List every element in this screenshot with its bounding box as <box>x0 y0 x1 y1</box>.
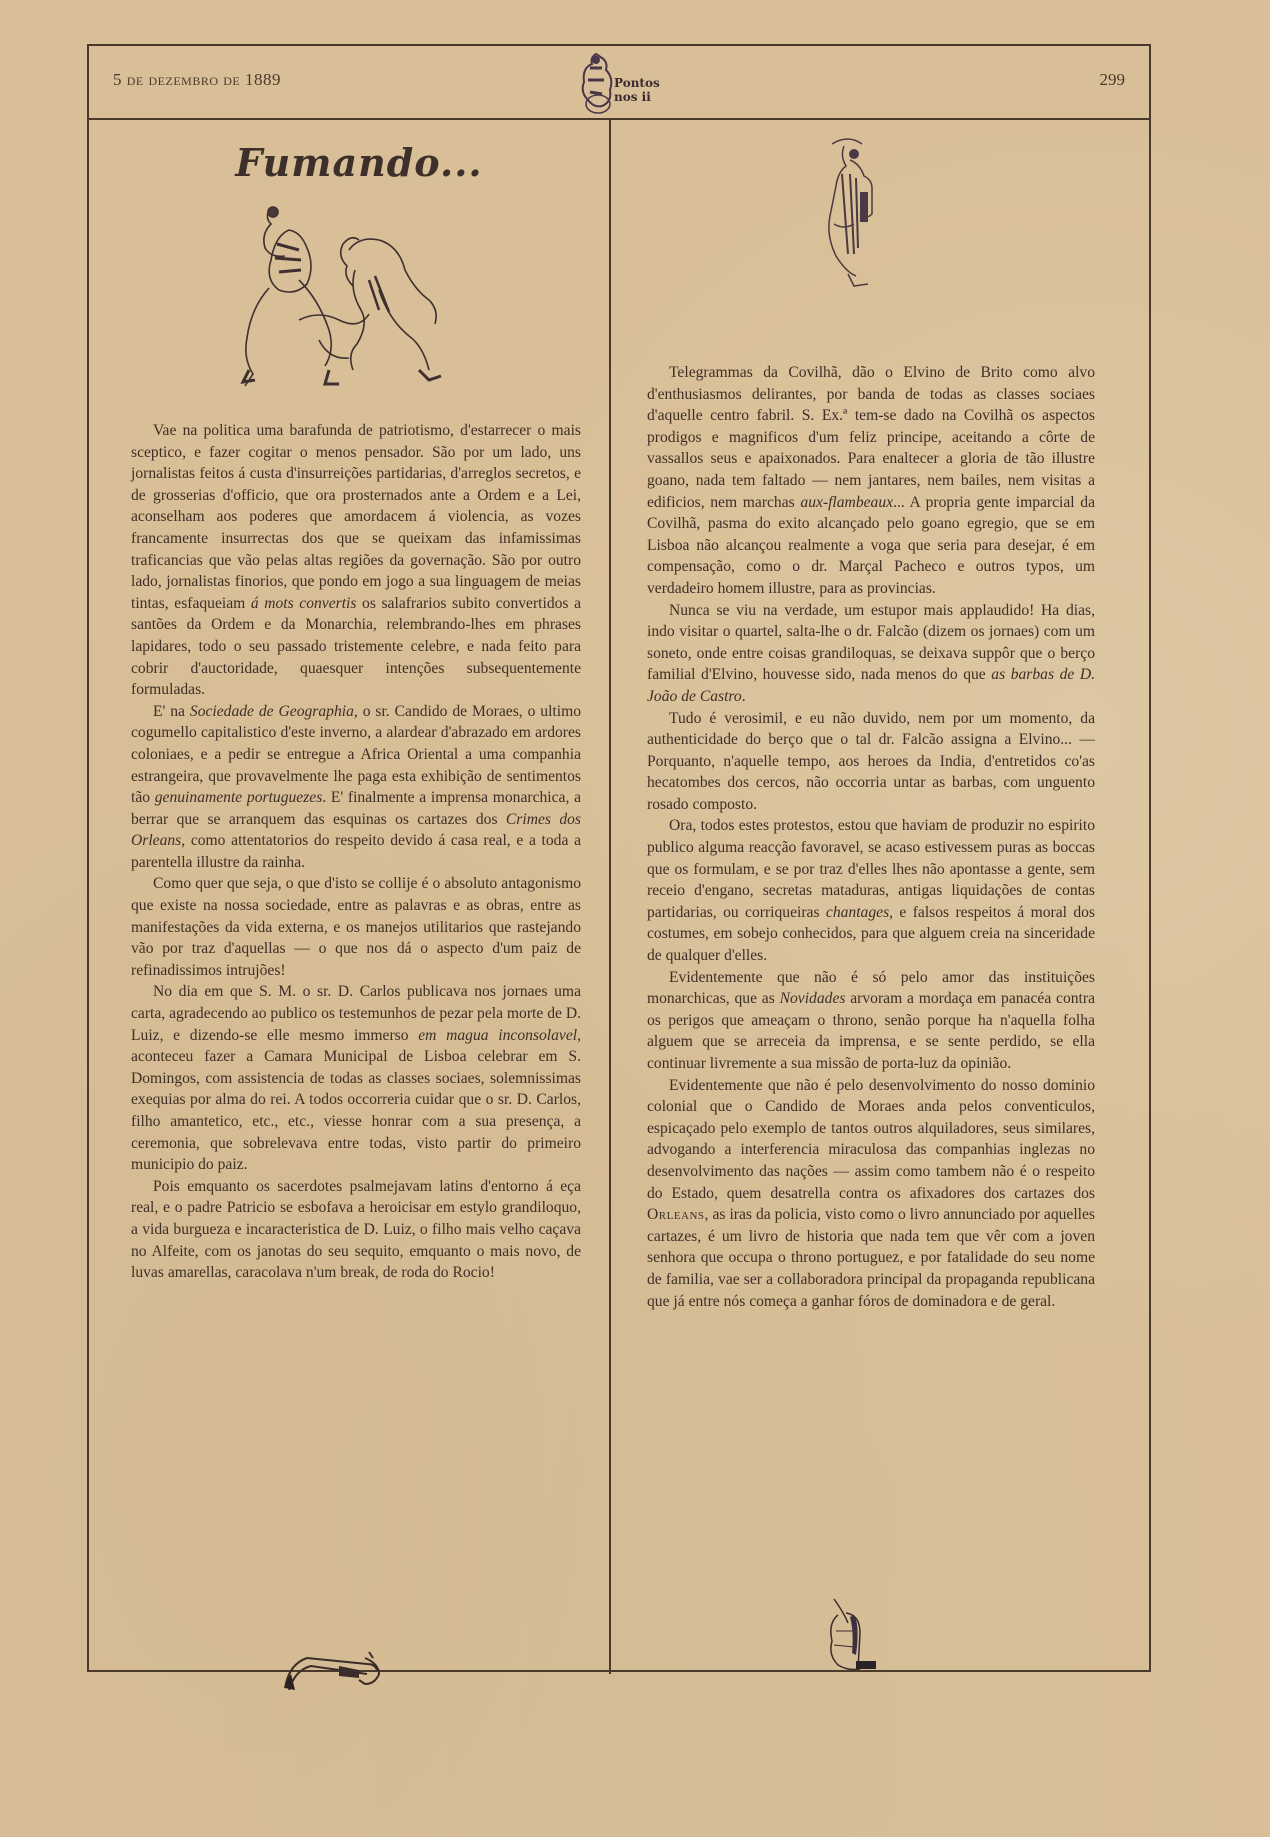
seated-figure-illustration <box>820 1595 890 1675</box>
paragraph: No dia em que S. M. o sr. D. Carlos publ… <box>131 981 581 1175</box>
left-article-body: Vae na politica uma barafunda de patriot… <box>131 420 581 1284</box>
italic-phrase: á mots convertis <box>251 595 357 612</box>
column-divider <box>609 118 611 1674</box>
article-title: Fumando... <box>229 140 489 185</box>
paragraph: E' na Sociedade de Geographia, o sr. Can… <box>131 701 581 874</box>
paragraph: Ora, todos estes protestos, estou que ha… <box>647 815 1095 966</box>
masthead-emblem-icon <box>576 50 616 116</box>
paragraph: Telegrammas da Covilhã, dão o Elvino de … <box>647 362 1095 600</box>
paragraph: Nunca se viu na verdade, um estupor mais… <box>647 600 1095 708</box>
page-header: 5 de dezembro de 1889 Pontos nos ii 299 <box>89 46 1149 120</box>
page-number: 299 <box>1100 70 1126 90</box>
small-caps-phrase: Orleans <box>647 1206 705 1223</box>
italic-phrase: Novidades <box>780 990 846 1007</box>
paragraph: Pois emquanto os sacerdotes psalmejavam … <box>131 1176 581 1284</box>
italic-phrase: as barbas de D. João de Castro <box>647 666 1095 705</box>
pointing-hand-icon <box>279 1648 389 1692</box>
italic-phrase: aux-flambeaux <box>800 494 893 511</box>
robed-figure-icon <box>820 134 880 294</box>
paragraph: Vae na politica uma barafunda de patriot… <box>131 420 581 701</box>
italic-phrase: em magua inconsolavel <box>418 1027 577 1044</box>
masthead-logo: Pontos nos ii <box>576 50 686 116</box>
page-frame: 5 de dezembro de 1889 Pontos nos ii 299 … <box>87 44 1151 1672</box>
standing-robed-figure-illustration <box>820 134 880 294</box>
seated-figure-icon <box>820 1595 890 1675</box>
two-caricature-figures-illustration <box>229 200 459 400</box>
masthead-title: Pontos nos ii <box>614 76 686 104</box>
italic-phrase: Sociedade de Geographia <box>190 703 354 720</box>
italic-phrase: chantages <box>826 904 889 921</box>
paragraph: Como quer que seja, o que d'isto se coll… <box>131 873 581 981</box>
caricature-figures-icon <box>229 200 459 400</box>
pointing-arm-illustration <box>279 1648 389 1692</box>
issue-date: 5 de dezembro de 1889 <box>113 70 281 90</box>
paragraph: Evidentemente que não é só pelo amor das… <box>647 967 1095 1075</box>
right-article-body: Telegrammas da Covilhã, dão o Elvino de … <box>647 362 1095 1312</box>
paragraph: Tudo é verosimil, e eu não duvido, nem p… <box>647 708 1095 816</box>
paragraph: Evidentemente que não é pelo desenvolvim… <box>647 1075 1095 1313</box>
italic-phrase: Crimes dos Orleans <box>131 811 581 850</box>
italic-phrase: genuinamente portuguezes <box>155 789 323 806</box>
